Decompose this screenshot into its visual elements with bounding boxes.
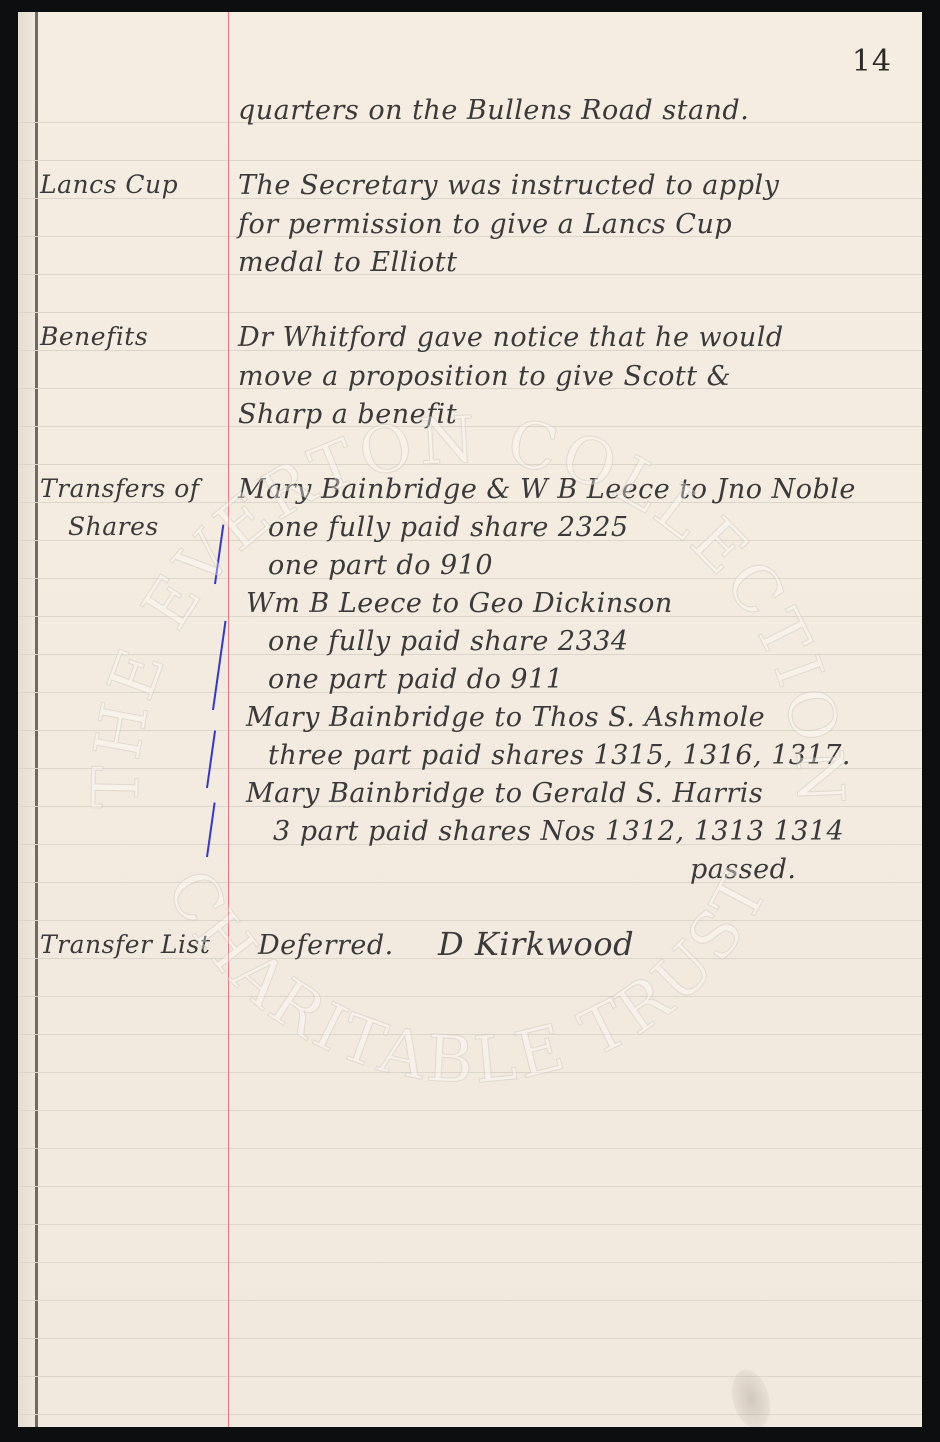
watermark-bottom-text: CHARITABLE TRUST — [151, 858, 785, 1099]
entry-line: Deferred. — [258, 930, 394, 961]
ruled-line — [18, 1414, 922, 1415]
ruled-line — [18, 1034, 922, 1035]
signature: D Kirkwood — [438, 925, 634, 963]
ruled-line — [18, 1262, 922, 1263]
ruled-line — [18, 1072, 922, 1073]
entry-line: 3 part paid shares Nos 1312, 1313 1314 — [273, 816, 844, 847]
entry-line: one part paid do 911 — [268, 664, 563, 695]
entry-line: The Secretary was instructed to apply — [238, 170, 779, 201]
margin-label-shares: Shares — [68, 512, 159, 541]
check-tick-icon — [212, 621, 226, 710]
ledger-page: 14 quarters on the Bullens Road stand. L… — [18, 12, 922, 1427]
margin-label-benefits: Benefits — [40, 322, 148, 351]
entry-line: one fully paid share 2325 — [268, 512, 629, 543]
check-tick-icon — [206, 802, 215, 857]
ruled-line — [18, 160, 922, 161]
entry-line: quarters on the Bullens Road stand. — [238, 95, 749, 126]
entry-line: for permission to give a Lancs Cup — [238, 209, 732, 240]
ruled-line — [18, 1376, 922, 1377]
ruled-line — [18, 1186, 922, 1187]
ruled-line — [18, 1224, 922, 1225]
margin-label-lancs-cup: Lancs Cup — [40, 170, 178, 199]
thumbprint-smudge — [726, 1365, 776, 1427]
ruled-line — [18, 274, 922, 275]
entry-line: Dr Whitford gave notice that he would — [238, 322, 784, 353]
entry-line: one part do 910 — [268, 550, 493, 581]
entry-line: Mary Bainbridge to Gerald S. Harris — [246, 778, 763, 809]
ruled-line — [18, 1110, 922, 1111]
margin-label-transfers-of-shares: Transfers of — [40, 474, 200, 503]
check-tick-icon — [214, 524, 224, 584]
entry-line: Wm B Leece to Geo Dickinson — [246, 588, 673, 619]
entry-line: three part paid shares 1315, 1316, 1317. — [268, 740, 851, 771]
ruled-line — [18, 1300, 922, 1301]
ruled-line — [18, 464, 922, 465]
entry-line: Sharp a benefit — [238, 399, 457, 430]
entry-line: one fully paid share 2334 — [268, 626, 629, 657]
entry-line: Mary Bainbridge & W B Leece to Jno Noble — [238, 474, 856, 505]
entry-line: medal to Elliott — [238, 247, 457, 278]
entry-line: Mary Bainbridge to Thos S. Ashmole — [246, 702, 765, 733]
ruled-line — [18, 1338, 922, 1339]
ruled-line — [18, 426, 922, 427]
ruled-line — [18, 920, 922, 921]
ruled-line — [18, 1148, 922, 1149]
red-margin-line — [228, 12, 229, 1427]
ruled-line — [18, 996, 922, 997]
binding-line — [35, 12, 38, 1427]
gutter-shadow — [18, 12, 36, 1427]
check-tick-icon — [206, 730, 216, 788]
page-number: 14 — [852, 44, 892, 79]
entry-line-passed: passed. — [690, 854, 796, 885]
margin-label-transfer-list: Transfer List — [40, 930, 210, 959]
entry-line: move a proposition to give Scott & — [238, 361, 731, 392]
ruled-line — [18, 312, 922, 313]
